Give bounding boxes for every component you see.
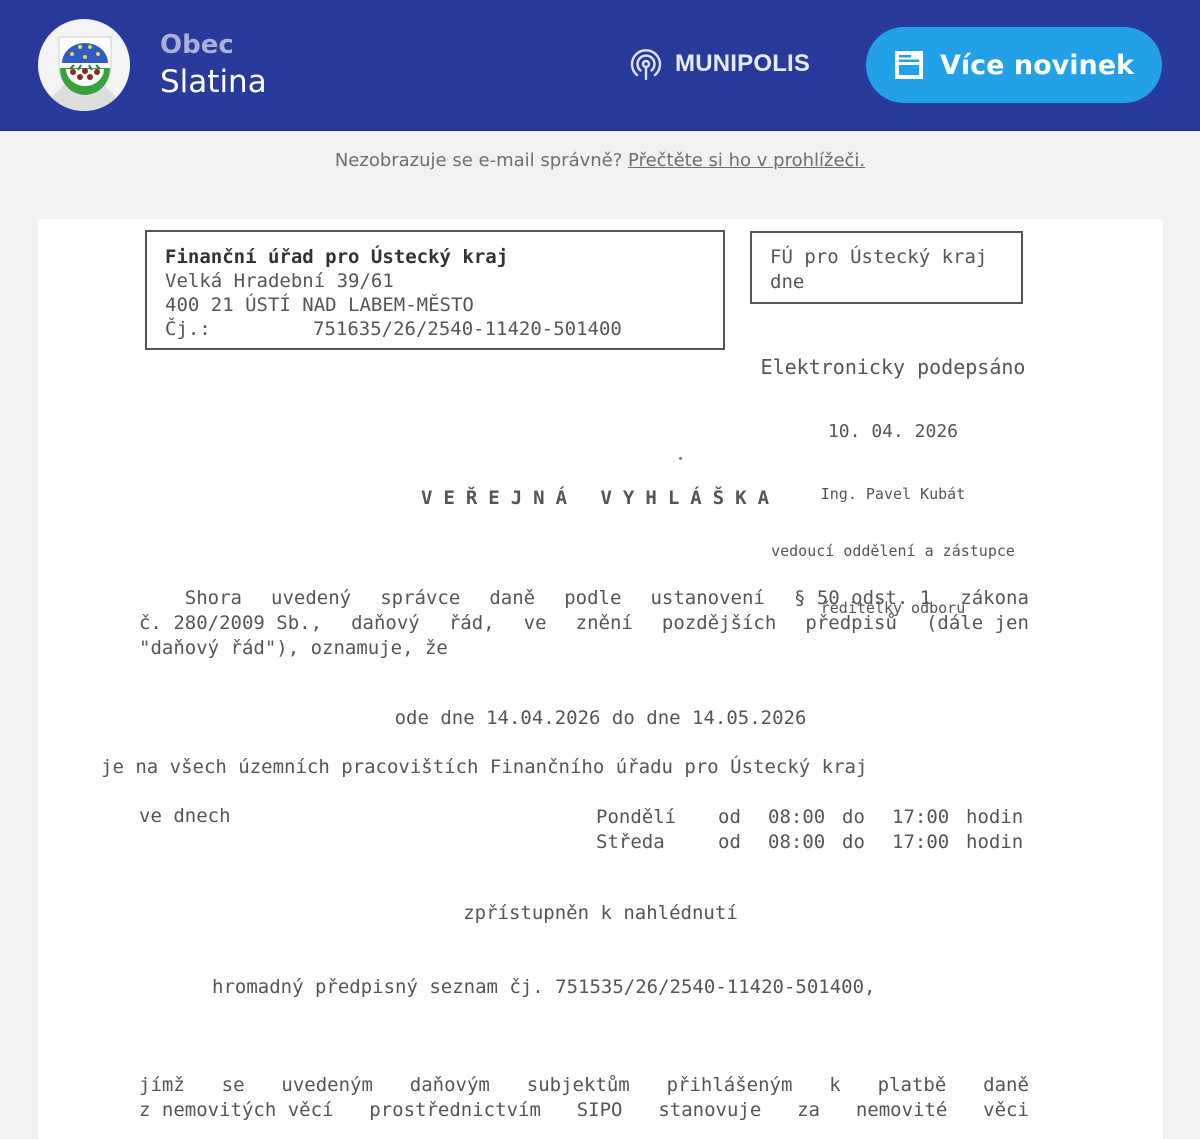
word: daně (489, 586, 535, 611)
sender-city: 400 21 ÚSTÍ NAD LABEM-MĚSTO (165, 293, 723, 317)
hours-do: do (842, 830, 892, 855)
period-line: ode dne 14.04.2026 do dne 14.05.2026 (38, 707, 1163, 729)
word: uvedeným (281, 1073, 373, 1098)
word: předpisů (805, 611, 897, 636)
text-row: Shorauvedenýsprávcedaněpodleustanovení§ … (139, 586, 1029, 611)
word: daňový (351, 611, 420, 636)
office-hours: Pondělíod08:00do17:00hodinStředaod08:00d… (596, 805, 1023, 855)
word: podle (564, 586, 621, 611)
word: věci (983, 1098, 1029, 1123)
stamp-office: FÚ pro Ústecký kraj (770, 245, 1021, 270)
word: přihlášeným (667, 1073, 793, 1098)
word: stanovuje (658, 1098, 761, 1123)
list-reference-line: hromadný předpisný seznam čj. 751535/26/… (212, 976, 875, 998)
word: č. 280/2009 Sb., (139, 611, 322, 636)
word: pozdějších (662, 611, 776, 636)
intro-paragraph: Shorauvedenýsprávcedaněpodleustanovení§ … (139, 586, 1029, 661)
hours-row: Středaod08:00do17:00hodin (596, 830, 1023, 855)
broadcast-signal-icon (627, 45, 665, 83)
days-label: ve dnech (139, 805, 231, 827)
closing-paragraph: jímžseuvedenýmdaňovýmsubjektůmpřihlášený… (139, 1073, 1029, 1123)
word: z nemovitých věcí (139, 1098, 333, 1123)
word: uvedený (271, 586, 351, 611)
signer-role: vedoucí oddělení a zástupce (743, 542, 1043, 561)
sender-street: Velká Hradební 39/61 (165, 269, 723, 293)
word: (dále jen (926, 611, 1029, 636)
munipolis-label: MUNIPOLIS (675, 50, 810, 78)
word: se (222, 1073, 245, 1098)
word: "daňový řád"), oznamuje, že (139, 636, 448, 661)
word: platbě (878, 1073, 947, 1098)
word: ustanovení (650, 586, 764, 611)
signature-date: 10. 04. 2026 (743, 419, 1043, 444)
hours-day: Středa (596, 830, 718, 855)
word: zákona (960, 586, 1029, 611)
header-bar: Obec Slatina MUNIPOLIS Více novinek (0, 0, 1200, 131)
word: prostřednictvím (369, 1098, 541, 1123)
word: nemovité (856, 1098, 948, 1123)
coat-of-arms-icon (58, 36, 112, 98)
word: ve (524, 611, 547, 636)
word: daně (983, 1073, 1029, 1098)
text-row: č. 280/2009 Sb.,daňovýřád,vezněnípozdějš… (139, 611, 1029, 636)
hours-to: 17:00 (892, 805, 966, 830)
hours-to: 17:00 (892, 830, 966, 855)
word: Shora (139, 586, 242, 611)
hours-od: od (718, 805, 768, 830)
town-name: Slatina (160, 64, 267, 100)
stamp-box: FÚ pro Ústecký krajdne (750, 231, 1023, 304)
newspaper-icon (894, 50, 924, 80)
word: subjektům (527, 1073, 630, 1098)
hours-unit: hodin (966, 805, 1023, 830)
hours-day: Pondělí (596, 805, 718, 830)
available-line: zpřístupněn k nahlédnutí (38, 902, 1163, 924)
town-prefix: Obec (160, 30, 234, 60)
hours-from: 08:00 (768, 805, 842, 830)
view-in-browser-notice: Nezobrazuje se e-mail správně? Přečtěte … (0, 150, 1200, 171)
word: jímž (139, 1073, 185, 1098)
hours-from: 08:00 (768, 830, 842, 855)
hours-od: od (718, 830, 768, 855)
notice-text: Nezobrazuje se e-mail správně? (335, 150, 622, 171)
reference-value: 751635/26/2540-11420-501400 (313, 318, 622, 340)
munipolis-brand[interactable]: MUNIPOLIS (627, 44, 810, 84)
word: znění (576, 611, 633, 636)
word: správce (380, 586, 460, 611)
sender-reference: Čj.:751635/26/2540-11420-501400 (165, 317, 723, 341)
sender-address-box: Finanční úřad pro Ústecký krajVelká Hrad… (145, 230, 725, 350)
sender-name: Finanční úřad pro Ústecký kraj (165, 245, 723, 269)
word: za (797, 1098, 820, 1123)
text-row: "daňový řád"), oznamuje, že (139, 636, 1029, 661)
text-row: z nemovitých věcíprostřednictvímSIPOstan… (139, 1098, 1029, 1123)
more-news-button[interactable]: Více novinek (866, 27, 1162, 103)
word: § 50 odst. 1 (794, 586, 931, 611)
document-title: VEŘEJNÁ VYHLÁŠKA (38, 487, 1163, 509)
stamp-date-label: dne (770, 270, 1021, 295)
word: řád, (449, 611, 495, 636)
hours-row: Pondělíod08:00do17:00hodin (596, 805, 1023, 830)
location-line: je na všech územních pracovištích Finanč… (101, 756, 867, 778)
signature-label: Elektronicky podepsáno (743, 354, 1043, 381)
view-in-browser-link[interactable]: Přečtěte si ho v prohlížeči. (628, 150, 865, 171)
word: SIPO (577, 1098, 623, 1123)
more-news-label: Více novinek (940, 50, 1134, 81)
text-row: jímžseuvedenýmdaňovýmsubjektůmpřihlášený… (139, 1073, 1029, 1098)
hours-do: do (842, 805, 892, 830)
document-image: Finanční úřad pro Ústecký krajVelká Hrad… (38, 219, 1163, 1125)
reference-label: Čj.: (165, 317, 313, 341)
municipality-logo[interactable] (38, 19, 130, 111)
word: k (829, 1073, 840, 1098)
scan-speck (679, 457, 682, 460)
hours-unit: hodin (966, 830, 1023, 855)
word: daňovým (410, 1073, 490, 1098)
